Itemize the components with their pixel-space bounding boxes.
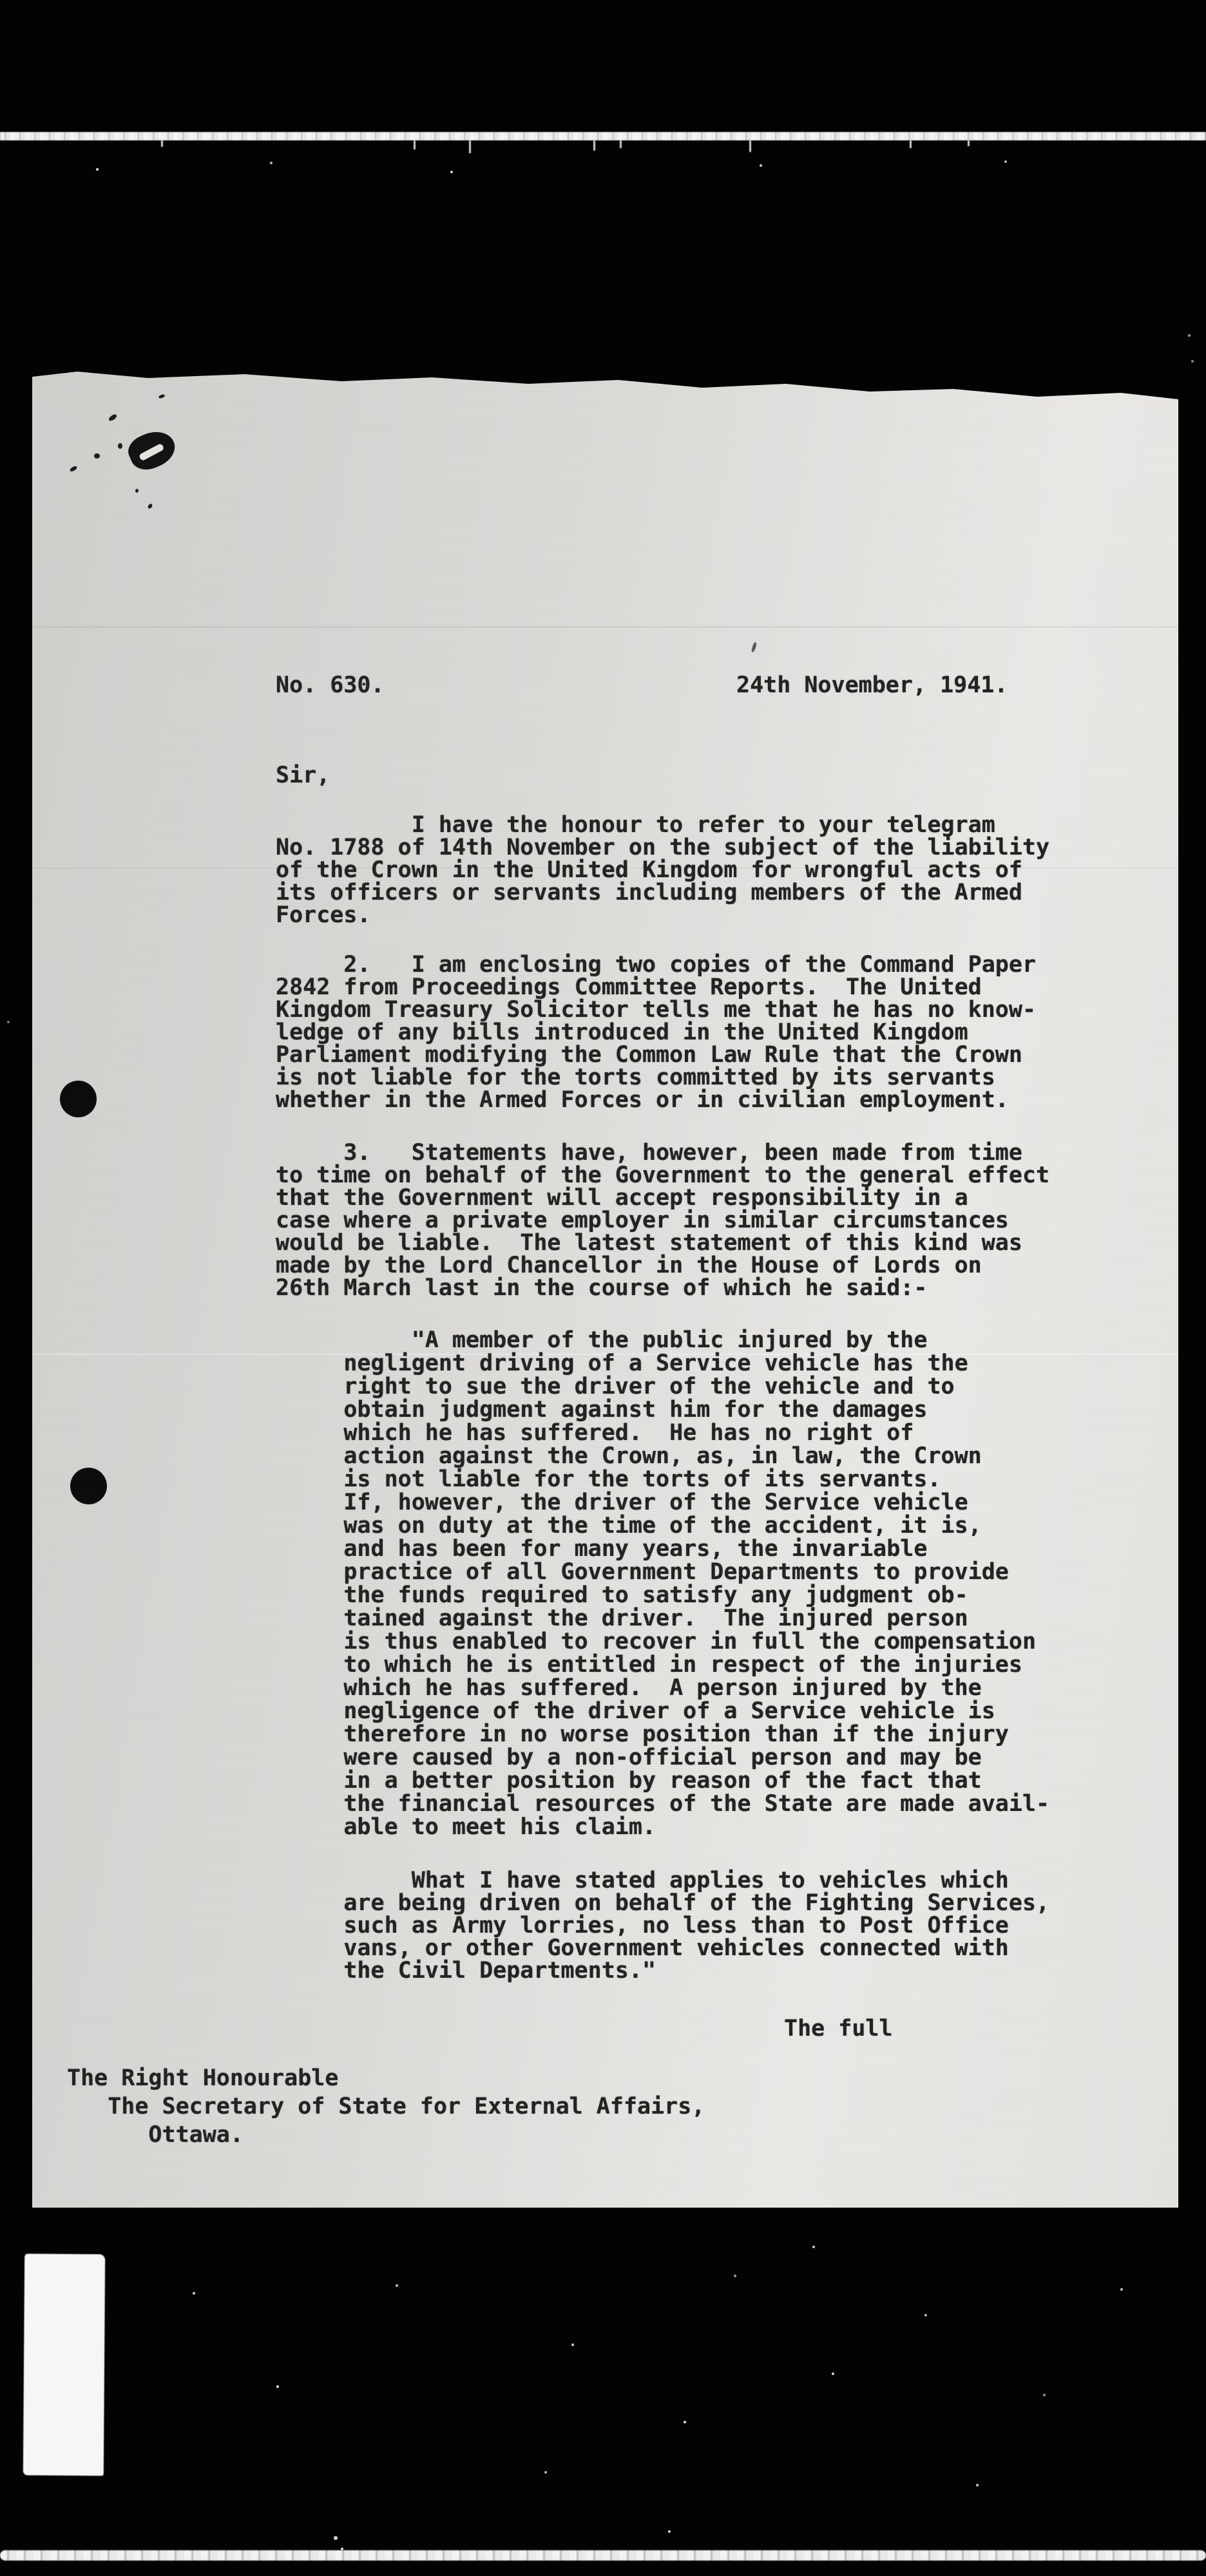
film-tick [593,140,595,151]
punch-hole-top [60,1081,97,1117]
ink-blot [124,425,180,476]
film-edge-strip-top [0,132,1206,140]
paper-scratch [32,1354,1178,1355]
quoted-statement-part-1: "A member of the public injured by the n… [276,1329,1049,1839]
stray-ink-mark [751,642,757,653]
paragraph-3: 3. Statements have, however, been made f… [276,1142,1049,1300]
paper-scrap-fragment [23,2254,105,2476]
letter-date: 24th November, 1941. [736,674,1008,697]
paragraph-1: I have the honour to refer to your teleg… [276,814,1049,927]
quoted-statement-part-2: What I have stated applies to vehicles w… [276,1870,1049,1982]
ink-speck [94,453,100,459]
salutation: Sir, [276,764,330,787]
paper-crease [32,626,1178,628]
ink-speck [147,503,153,509]
catchword: The full [784,2018,893,2040]
film-tick [910,140,912,148]
letter-page: No. 630. 24th November, 1941. Sir, I hav… [32,372,1178,2208]
recipient-address-block: The Right Honourable The Secretary of St… [67,2064,705,2149]
film-edge-strip-bottom [0,2550,1206,2561]
film-tick [620,140,622,148]
film-tick [414,140,416,149]
paragraph-2: 2. I am enclosing two copies of the Comm… [276,954,1036,1112]
ink-speck [118,443,122,449]
reference-number: No. 630. [276,674,385,697]
film-tick [161,140,163,147]
ink-speck [135,489,139,493]
punch-hole-bottom [70,1468,107,1504]
ink-speck [108,413,117,422]
film-tick [469,140,471,153]
film-tick [968,140,970,146]
ink-speck [158,393,165,399]
film-tick [749,140,751,152]
ink-speck [69,465,77,472]
scanned-letter-screenshot: No. 630. 24th November, 1941. Sir, I hav… [0,0,1206,2576]
paper-crease [32,867,1178,869]
ink-blot-gap [139,443,164,461]
film-dust-speckles [0,0,1,1]
